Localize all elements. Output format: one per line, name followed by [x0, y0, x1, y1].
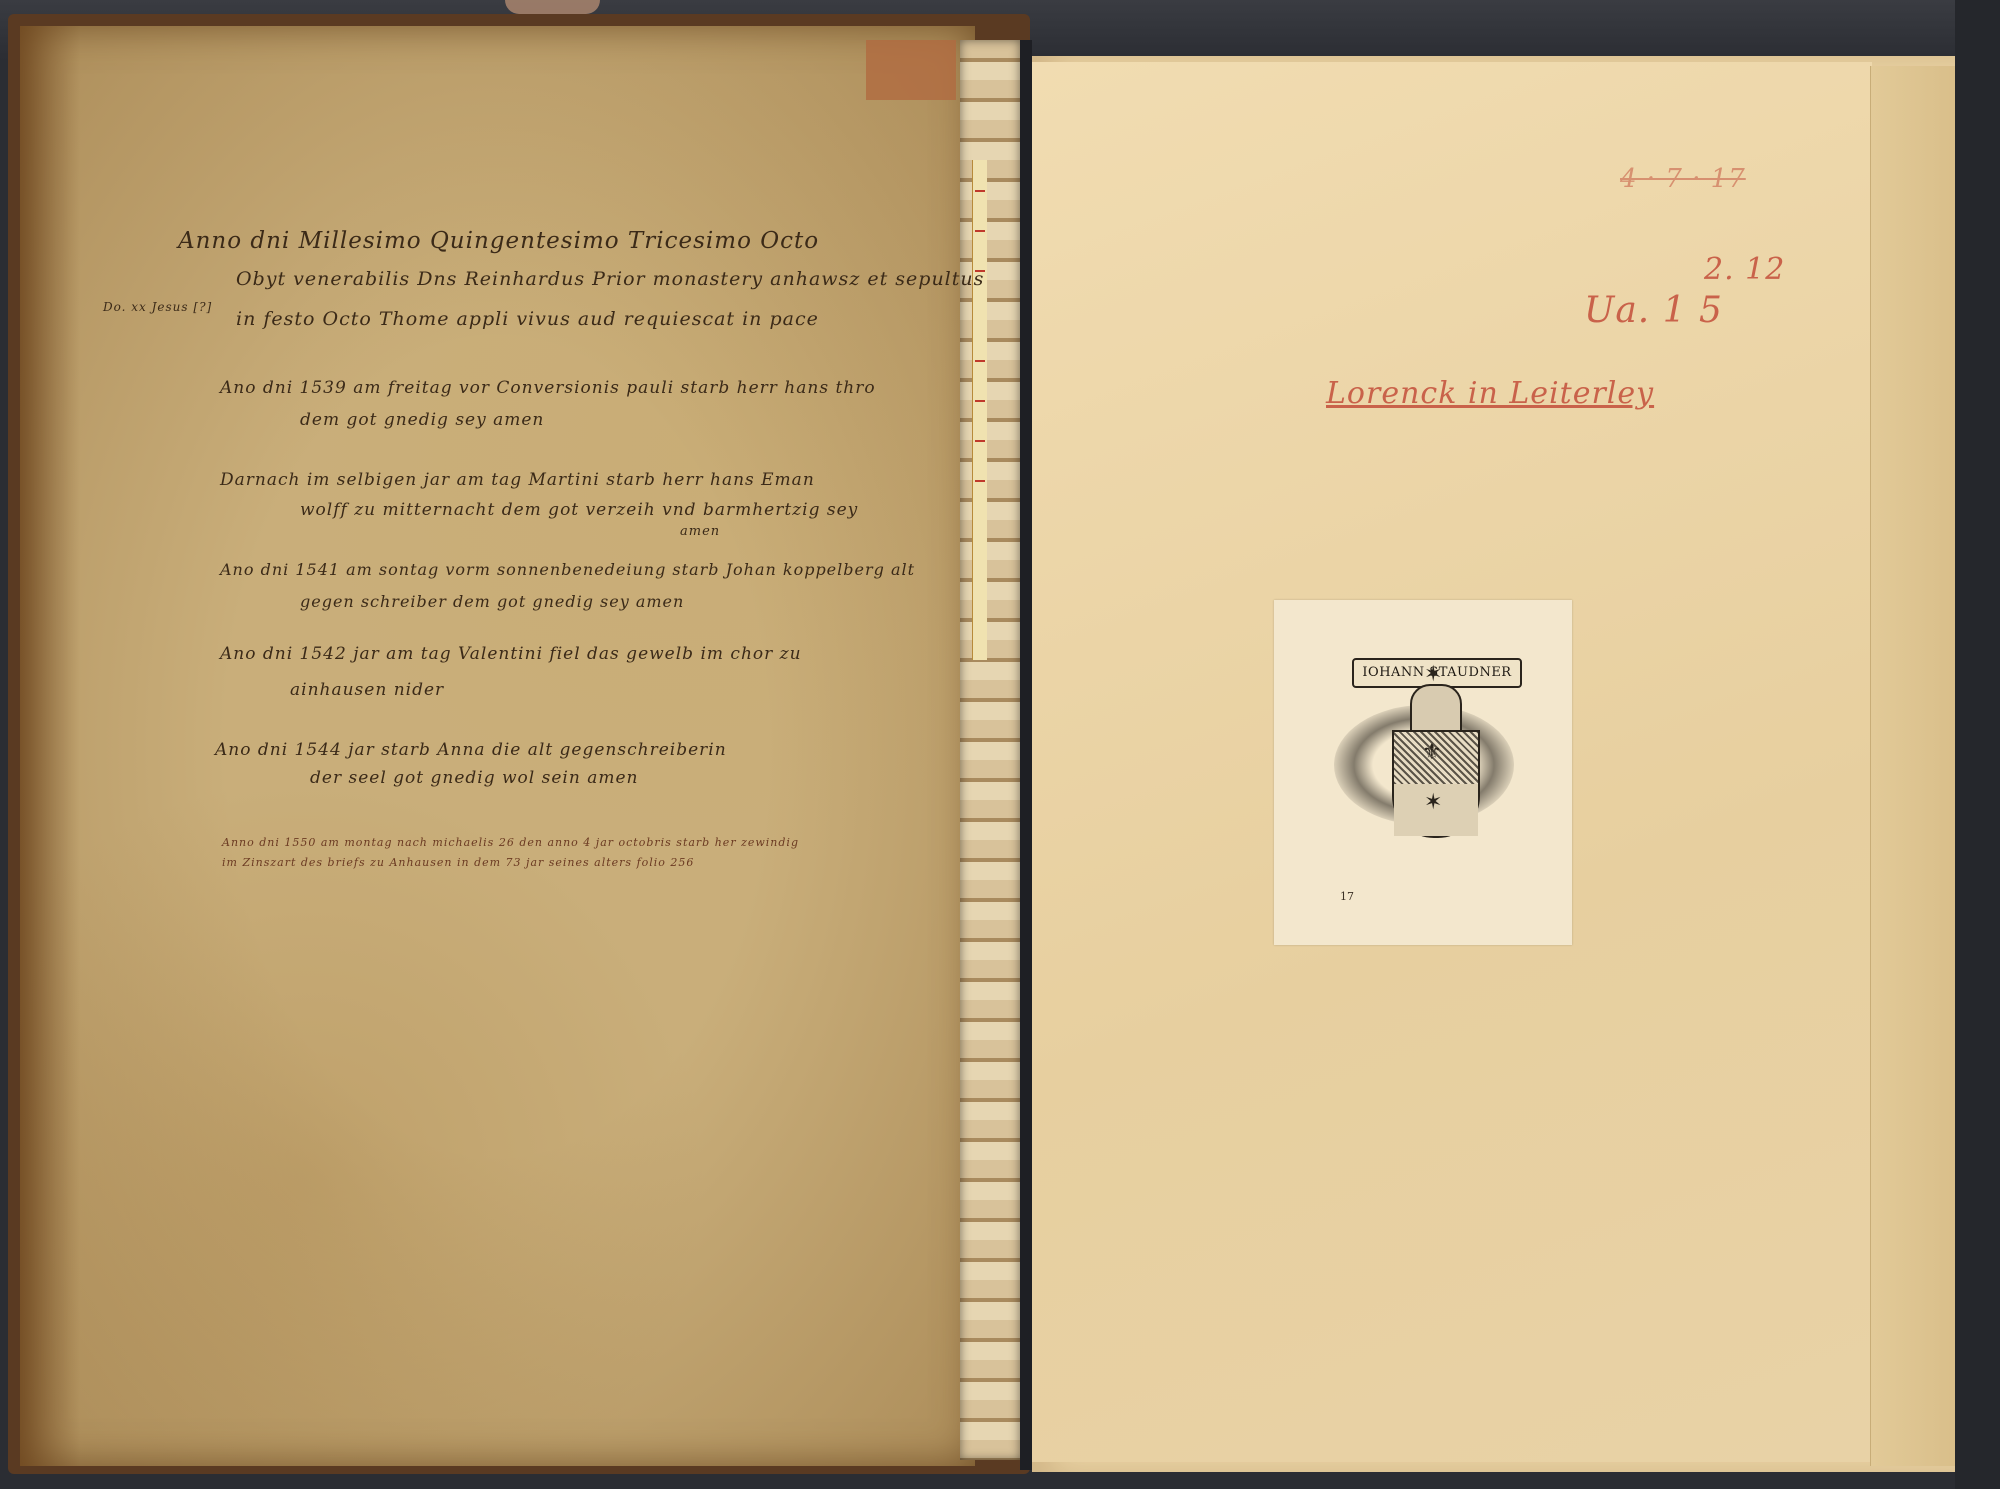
entry-1539-line-2: dem got gnedig sey amen	[300, 410, 544, 430]
ruler-mark	[975, 480, 985, 482]
entry-after-line-2: wolff zu mitternacht dem got verzeih vnd…	[300, 500, 858, 520]
left-page-stain	[20, 26, 80, 1466]
bookplate: IOHANN STAUDNER ✶ ⚜ ✶ 17	[1274, 600, 1572, 945]
star-icon: ✶	[1424, 790, 1442, 815]
book-spine	[960, 40, 1020, 1460]
entry-1544-line-1: Ano dni 1544 jar starb Anna die alt gege…	[215, 740, 727, 760]
entry-1541-line-2: gegen schreiber dem got gnedig sey amen	[300, 592, 684, 611]
star-icon: ✶	[1424, 662, 1442, 687]
heading-line-2: Obyt venerabilis Dns Reinhardus Prior mo…	[236, 268, 984, 290]
torn-corner	[866, 40, 956, 100]
spine-ruler-strip	[972, 160, 987, 660]
shelfmark-lower: Ua. 1 5	[1584, 290, 1723, 331]
heading-line-3: in festo Octo Thome appli vivus aud requ…	[236, 308, 819, 330]
shelfmark-upper: 2. 12	[1704, 252, 1785, 287]
entry-1544-line-2: der seel got gnedig wol sein amen	[310, 768, 638, 788]
ruler-mark	[975, 230, 985, 232]
ruler-mark	[975, 190, 985, 192]
entry-1539-line-1: Ano dni 1539 am freitag vor Conversionis…	[220, 378, 876, 398]
fleur-de-lis-icon: ⚜	[1422, 740, 1442, 765]
entry-1542-line-2: ainhausen nider	[290, 680, 444, 700]
heading-line-1: Anno dni Millesimo Quingentesimo Tricesi…	[178, 228, 819, 254]
ruler-mark	[975, 360, 985, 362]
right-background	[1955, 0, 2000, 1489]
entry-after-line-3: amen	[680, 524, 720, 539]
red-note: Lorenck in Leiterley	[1326, 376, 1654, 411]
entry-later-line-1: Anno dni 1550 am montag nach michaelis 2…	[222, 836, 799, 849]
ruler-mark	[975, 400, 985, 402]
gutter	[1020, 40, 1032, 1470]
entry-1541-line-1: Ano dni 1541 am sontag vorm sonnenbenede…	[220, 560, 915, 579]
hand-fragment	[505, 0, 600, 14]
margin-note: Do. xx Jesus [?]	[103, 300, 212, 314]
page-stack-edge	[1870, 66, 1966, 1466]
entry-after-line-1: Darnach im selbigen jar am tag Martini s…	[220, 470, 815, 490]
entry-later-line-2: im Zinszart des briefs zu Anhausen in de…	[222, 856, 694, 869]
ruler-mark	[975, 440, 985, 442]
bookplate-number: 17	[1340, 890, 1354, 903]
entry-1542-line-1: Ano dni 1542 jar am tag Valentini fiel d…	[220, 644, 802, 664]
struck-shelfmark: 4 · 7 · 17	[1620, 164, 1746, 194]
